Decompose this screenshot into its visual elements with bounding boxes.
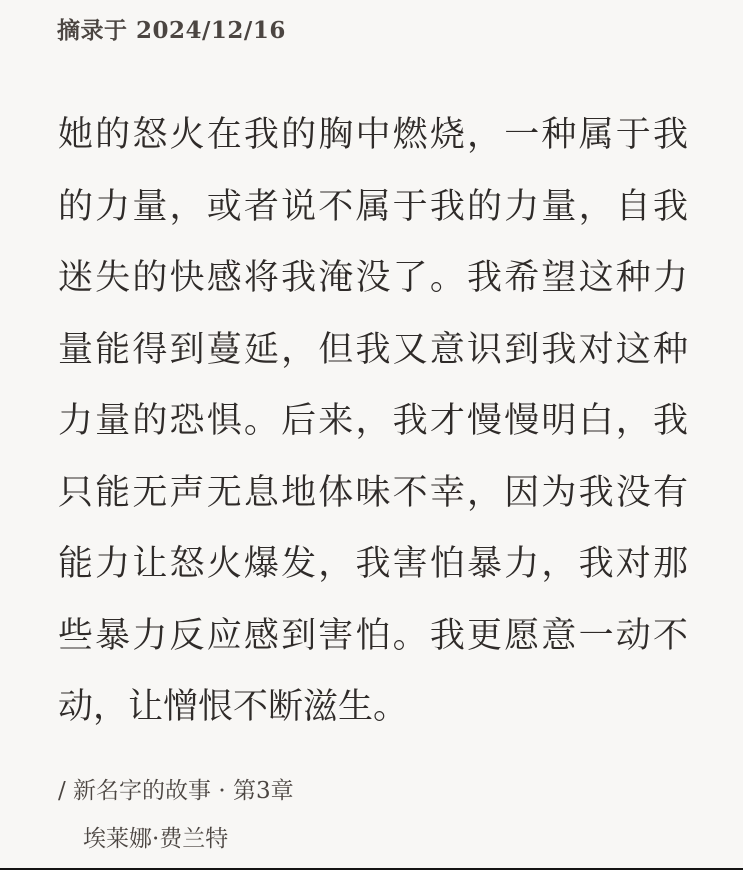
book-source: / 新名字的故事 · 第3章 <box>58 776 294 806</box>
excerpt-page: 摘录于 2024/12/16 她的怒火在我的胸中燃烧，一种属于我 的力量，或者说… <box>0 0 743 876</box>
quote-line: 只能无声无息地体味不幸，因为我没有 <box>58 458 688 530</box>
quote-line: 些暴力反应感到害怕。我更愿意一动不 <box>58 601 688 673</box>
book-author: 埃莱娜·费兰特 <box>58 824 294 854</box>
bottom-margin <box>0 870 743 876</box>
quote-line: 动，让憎恨不断滋生。 <box>58 672 688 744</box>
quote-text: 她的怒火在我的胸中燃烧，一种属于我 的力量，或者说不属于我的力量，自我 迷失的快… <box>58 100 688 744</box>
quote-line: 她的怒火在我的胸中燃烧，一种属于我 <box>58 100 688 172</box>
quote-line: 迷失的快感将我淹没了。我希望这种力 <box>58 243 688 315</box>
attribution-block: / 新名字的故事 · 第3章 埃莱娜·费兰特 <box>58 776 294 854</box>
quote-line: 能力让怒火爆发，我害怕暴力，我对那 <box>58 529 688 601</box>
quote-line: 力量的恐惧。后来，我才慢慢明白，我 <box>58 386 688 458</box>
excerpt-date: 摘录于 2024/12/16 <box>57 12 286 45</box>
quote-line: 量能得到蔓延，但我又意识到我对这种 <box>58 315 688 387</box>
quote-line: 的力量，或者说不属于我的力量，自我 <box>58 172 688 244</box>
